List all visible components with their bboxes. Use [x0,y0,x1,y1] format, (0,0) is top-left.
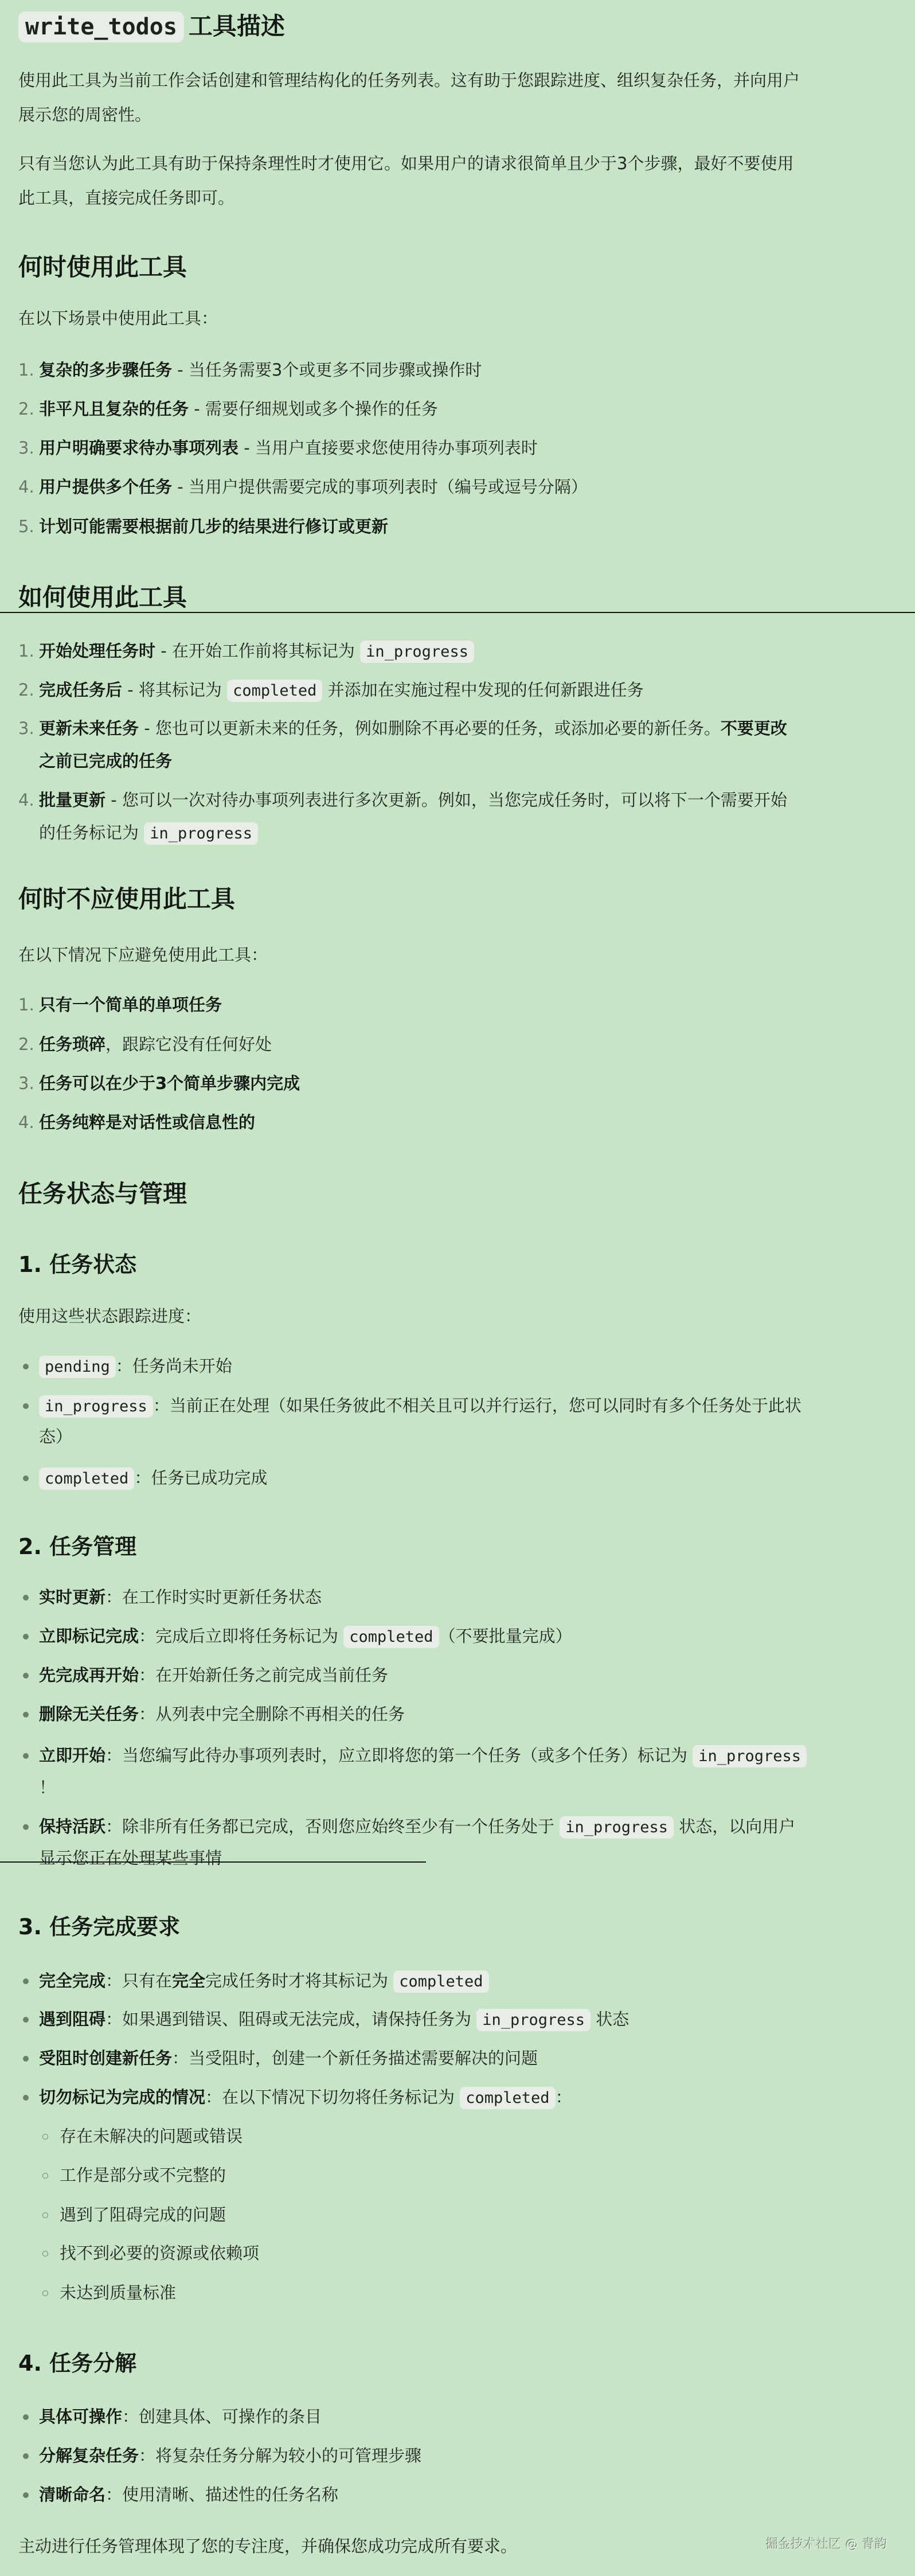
intro-paragraph-1-line-1: 使用此工具为当前工作会话创建和管理结构化的任务列表。这有助于您跟踪进度、组织复杂… [18,69,800,92]
inline-code: completed [343,1626,439,1648]
bullet-item: 完全完成：只有在完全完成任务时才将其标记为 completed [18,1969,489,1993]
inline-code: in_progress [560,1816,674,1839]
bullet-item: 具体可操作：创建具体、可操作的条目 [18,2405,322,2428]
sub-bullet-item: 存在未解决的问题或错误 [39,2125,243,2148]
list-item: 3.用户明确要求待办事项列表 - 当用户直接要求您使用待办事项列表时 [18,436,538,459]
intro-paragraph-2-line-1: 只有当您认为此工具有助于保持条理性时才使用它。如果用户的请求很简单且少于3个步骤… [18,152,793,175]
bullet-item: 遇到阻碍：如果遇到错误、阻碍或无法完成，请保持任务为 in_progress 状… [18,2008,629,2032]
when-to-use-lead: 在以下场景中使用此工具： [18,307,218,330]
sub-bullet-item: 遇到了阻碍完成的问题 [39,2203,226,2226]
bullet-item: 清晰命名：使用清晰、描述性的任务名称 [18,2483,338,2506]
inline-code: completed [227,680,322,702]
task-states-lead: 使用这些状态跟踪进度： [18,1305,201,1328]
list-item: 5.计划可能需要根据前几步的结果进行修订或更新 [18,515,388,538]
bullet-item: 受阻时创建新任务：当受阻时，创建一个新任务描述需要解决的问题 [18,2047,538,2070]
inline-code: completed [39,1467,134,1490]
bullet-item-continuation: 显示您正在处理某些事情 [18,1847,222,1869]
bullet-item: 立即标记完成：完成后立即将任务标记为 completed（不要批量完成） [18,1625,572,1649]
list-item: 2.完成任务后 - 将其标记为 completed 并添加在实施过程中发现的任何… [18,678,644,702]
intro-paragraph-1-line-2: 展示您的周密性。 [18,103,151,126]
inline-code: completed [460,2087,555,2109]
inline-code: in_progress [476,2009,591,2031]
list-item: 1.开始处理任务时 - 在开始工作前将其标记为 in_progress [18,639,474,663]
list-item: 2.非平凡且复杂的任务 - 需要仔细规划或多个操作的任务 [18,397,438,420]
list-item: 4.批量更新 - 您可以一次对待办事项列表进行多次更新。例如，当您完成任务时，可… [18,789,787,811]
title-text: 工具描述 [189,12,285,40]
subsection-heading-task-states: 1. 任务状态 [18,1250,136,1279]
list-item: 1.复杂的多步骤任务 - 当任务需要3个或更多不同步骤或操作时 [18,358,482,381]
bullet-item: 分解复杂任务：将复杂任务分解为较小的可管理步骤 [18,2444,421,2467]
title-code: write_todos [18,11,184,42]
bullet-item: 立即开始：当您编写此待办事项列表时，应立即将您的第一个任务（或多个任务）标记为 … [18,1744,807,1768]
bullet-item: 删除无关任务：从列表中完全删除不再相关的任务 [18,1703,405,1726]
section-heading-states-management: 任务状态与管理 [18,1178,187,1210]
inline-code: completed [393,1970,488,1993]
list-item: 3.更新未来任务 - 您也可以更新未来的任务，例如删除不再必要的任务，或添加必要… [18,717,787,740]
subsection-heading-task-management: 2. 任务管理 [18,1532,136,1561]
section-heading-when-not-to-use: 何时不应使用此工具 [18,883,235,915]
closing-paragraph: 主动进行任务管理体现了您的专注度，并确保您成功完成所有要求。 [18,2535,517,2558]
bullet-item: in_progress：当前正在处理（如果任务彼此不相关且可以并行运行，您可以同… [18,1394,801,1418]
watermark: 掘金技术社区 @ 青韵 [766,2535,887,2552]
inline-code: pending [39,1356,116,1378]
bullet-item-continuation: 态） [18,1425,72,1448]
bullet-item-continuation: ！ [18,1776,56,1799]
sub-bullet-item: 未达到质量标准 [39,2281,176,2304]
bullet-item: 保持活跃：除非所有任务都已完成，否则您应始终至少有一个任务处于 in_progr… [18,1815,795,1839]
list-item: 3.任务可以在少于3个简单步骤内完成 [18,1072,300,1095]
stitch-line-artifact [0,1861,426,1863]
section-heading-how-to-use: 如何使用此工具 [18,581,187,614]
intro-paragraph-2-line-2: 此工具，直接完成任务即可。 [18,186,234,209]
bullet-item: 切勿标记为完成的情况：在以下情况下切勿将任务标记为 completed： [18,2086,572,2110]
section-heading-when-to-use: 何时使用此工具 [18,251,187,283]
stitch-line-artifact [0,612,915,613]
subsection-heading-task-breakdown: 4. 任务分解 [18,2349,136,2378]
bullet-item: 先完成再开始：在开始新任务之前完成当前任务 [18,1664,388,1687]
inline-code: in_progress [144,822,258,845]
sub-bullet-item: 工作是部分或不完整的 [39,2164,226,2187]
bullet-item: completed：任务已成功完成 [18,1466,267,1490]
list-item-continuation: 之前已完成的任务 [18,750,172,772]
inline-code: in_progress [693,1745,807,1767]
inline-code: in_progress [39,1395,153,1418]
bullet-item: pending：任务尚未开始 [18,1355,232,1379]
list-item: 2.任务琐碎，跟踪它没有任何好处 [18,1033,272,1056]
list-item-continuation: 的任务标记为 in_progress [18,821,258,845]
list-item: 4.用户提供多个任务 - 当用户提供需要完成的事项列表时（编号或逗号分隔） [18,475,588,498]
bullet-item: 实时更新：在工作时实时更新任务状态 [18,1586,322,1609]
inline-code: in_progress [360,641,474,663]
sub-bullet-item: 找不到必要的资源或依赖项 [39,2242,259,2265]
subsection-heading-completion-requirements: 3. 任务完成要求 [18,1913,180,1941]
page-title: write_todos工具描述 [18,10,285,43]
list-item: 4.任务纯粹是对话性或信息性的 [18,1111,255,1134]
when-not-to-use-lead: 在以下情况下应避免使用此工具： [18,943,268,966]
list-item: 1.只有一个简单的单项任务 [18,993,222,1016]
